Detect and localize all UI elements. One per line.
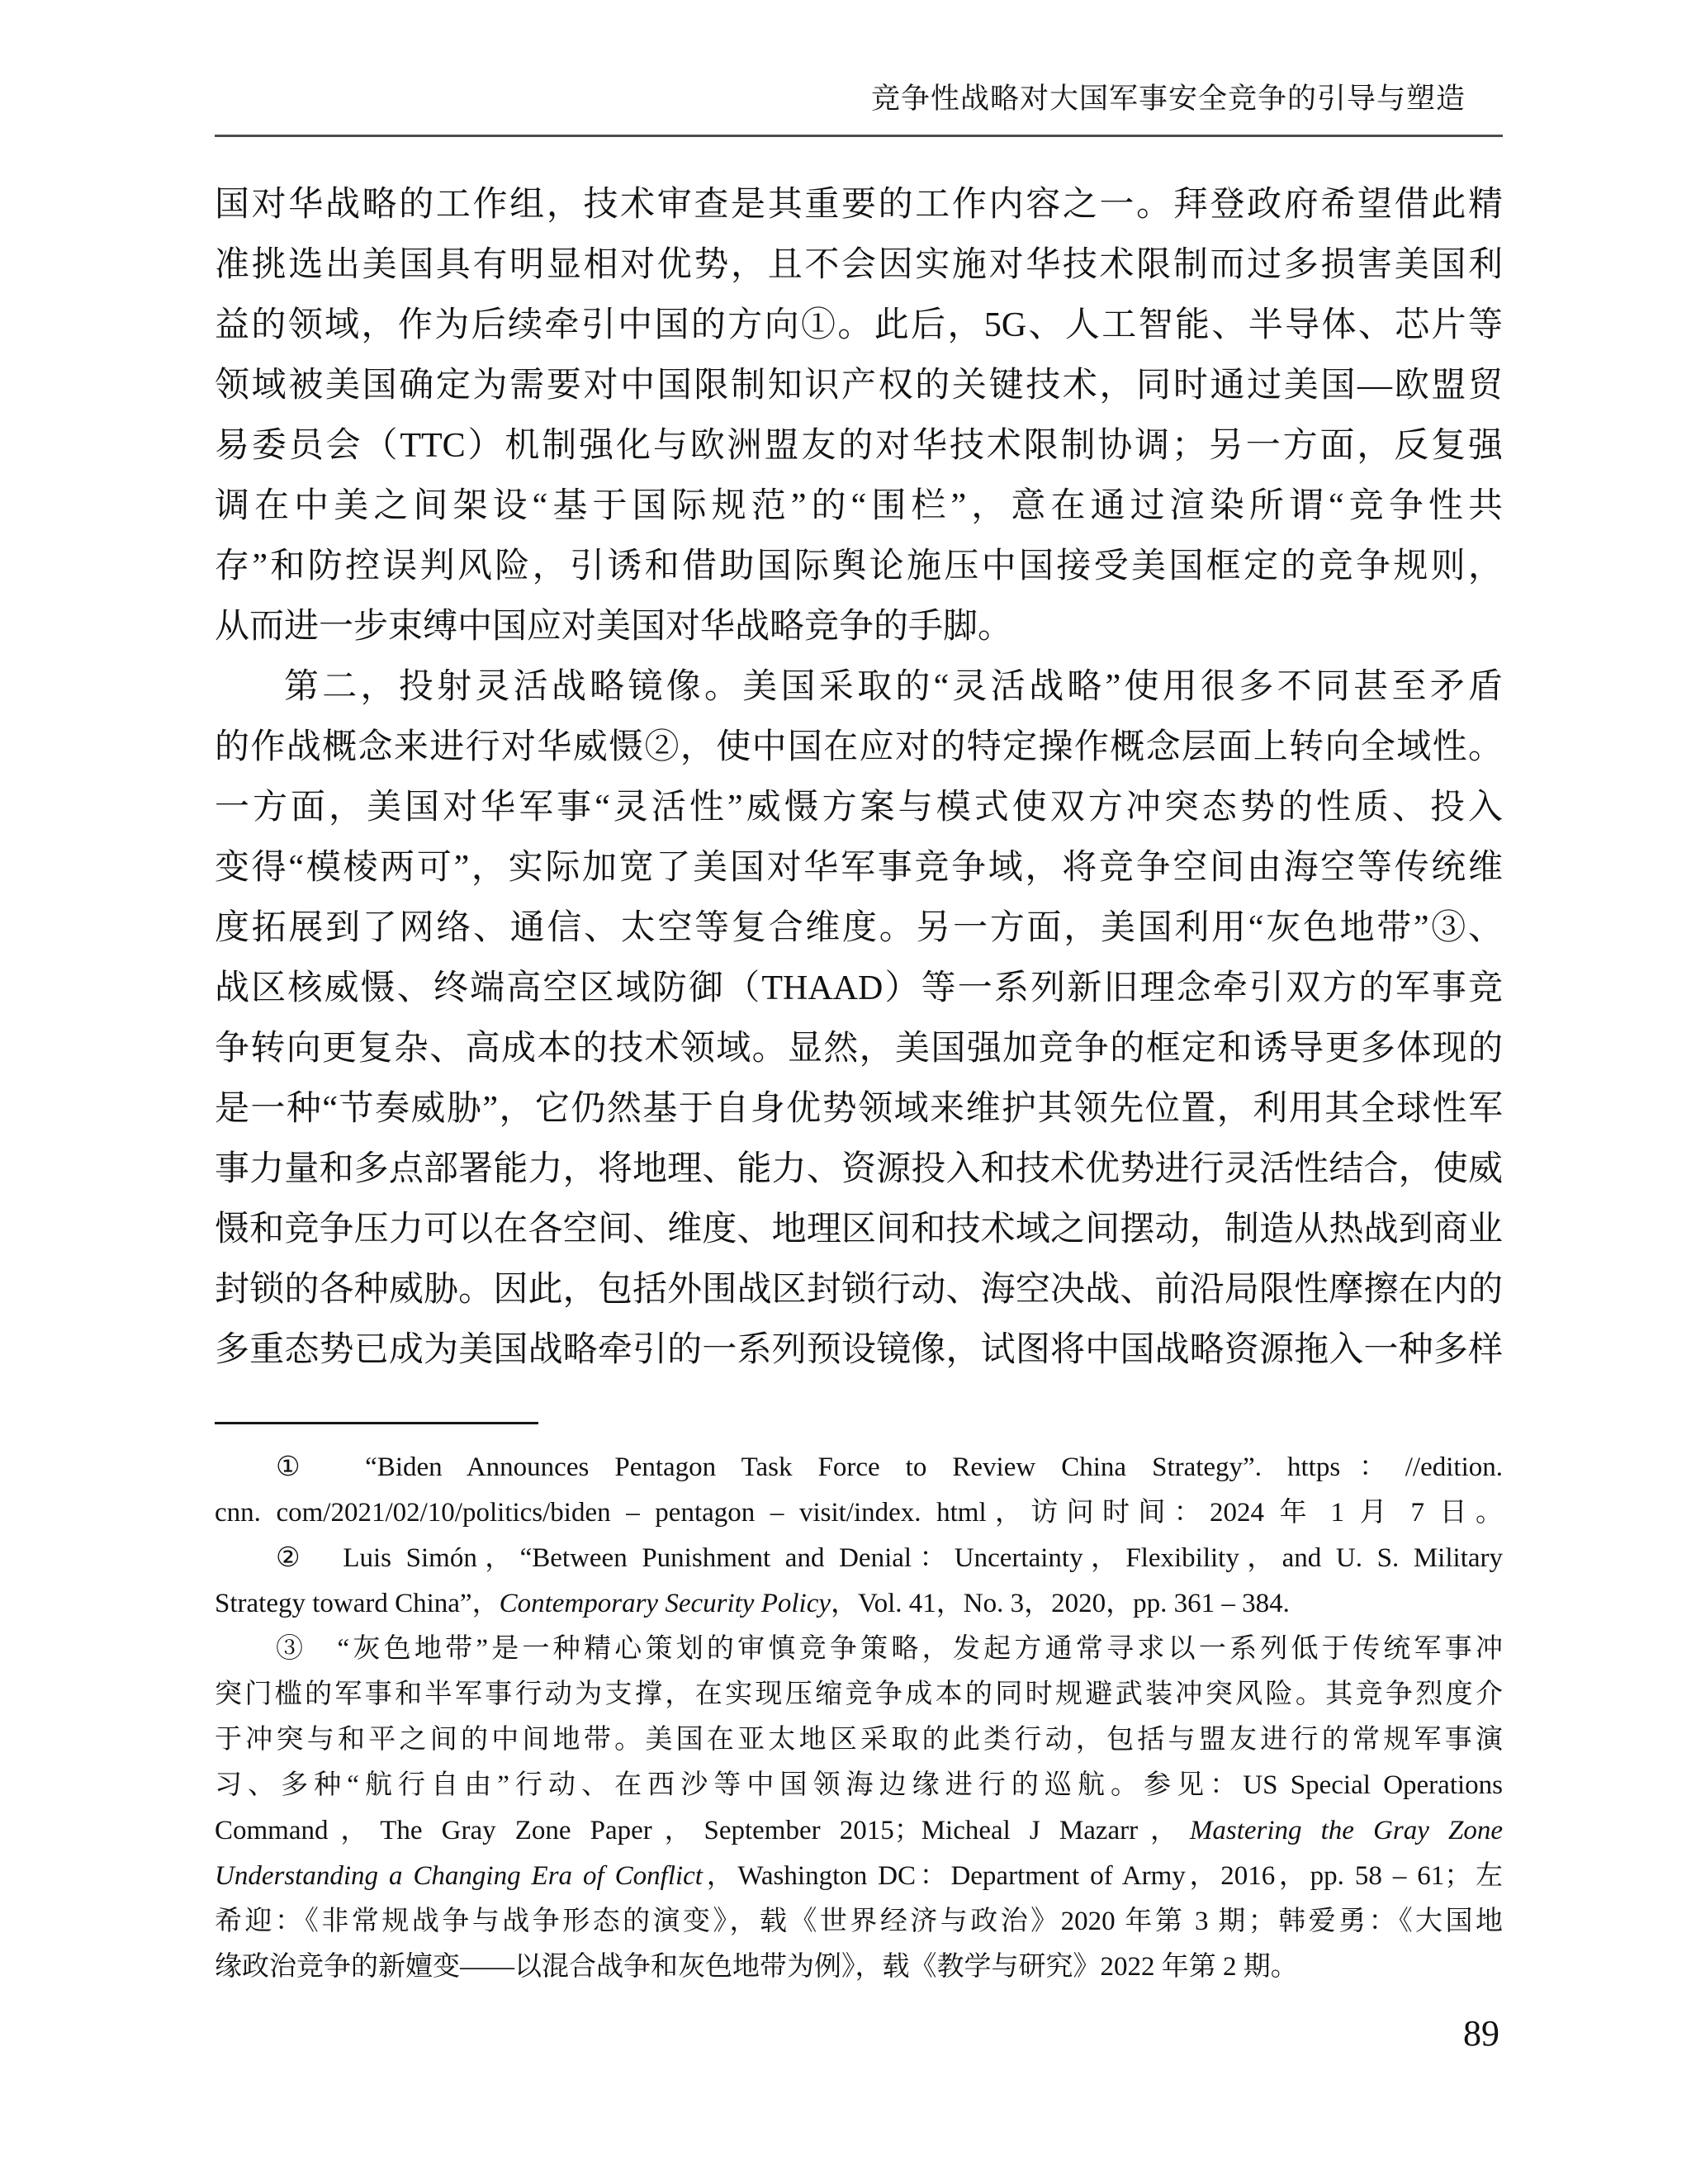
footnote-segment: 习、多种“航行自由”行动、在西沙等中国领海边缘进行的巡航。参见：US Speci…: [215, 1770, 1503, 1800]
footnote-separator: [215, 1422, 538, 1424]
footnote-segment: ② Luis Simón，“Between Punishment and Den…: [276, 1543, 1503, 1573]
body-line: 益的领域，作为后续牵引中国的方向①。此后，5G、人工智能、半导体、芯片等: [215, 296, 1503, 356]
body-line: 准挑选出美国具有明显相对优势，且不会因实施对华技术限制而过多损害美国利: [215, 235, 1503, 296]
body-line: 度拓展到了网络、通信、太空等复合维度。另一方面，美国利用“灰色地带”③、: [215, 898, 1503, 959]
body-line: 多重态势已成为美国战略牵引的一系列预设镜像，试图将中国战略资源拖入一种多样: [215, 1320, 1503, 1381]
footnote-segment: ① “Biden Announces Pentagon Task Force t…: [276, 1452, 1503, 1482]
body-line: 国对华战略的工作组，技术审查是其重要的工作内容之一。拜登政府希望借此精: [215, 175, 1503, 235]
footnote-segment: cnn. com/2021/02/10/politics/biden – pen…: [215, 1498, 1503, 1528]
footnote-segment: 希迎：《非常规战争与战争形态的演变》，载《世界经济与政治》2020 年第 3 期…: [215, 1907, 1503, 1936]
journal-page: 竞争性战略对大国军事安全竞争的引导与塑造 国对华战略的工作组，技术审查是其重要的…: [0, 0, 1696, 2184]
body-line: 调在中美之间架设“基于国际规范”的“围栏”，意在通过渲染所谓“竞争性共: [215, 476, 1503, 537]
footnote-segment: Command，The Gray Zone Paper，September 20…: [215, 1816, 1190, 1845]
footnote-line: Command，The Gray Zone Paper，September 20…: [215, 1808, 1503, 1854]
footnote-line: ① “Biden Announces Pentagon Task Force t…: [215, 1445, 1503, 1490]
footnote-line: 突门槛的军事和半军事行动为支撑，在实现压缩竞争成本的同时规避武装冲突风险。其竞争…: [215, 1672, 1503, 1717]
body-text: 国对华战略的工作组，技术审查是其重要的工作内容之一。拜登政府希望借此精 准挑选出…: [215, 175, 1503, 1381]
header-rule: [215, 135, 1503, 137]
running-title: 竞争性战略对大国军事安全竞争的引导与塑造: [215, 83, 1466, 116]
footnote-segment: ，Washington DC：Department of Army，2016，p…: [703, 1861, 1503, 1891]
body-line: 争转向更复杂、高成本的技术领域。显然，美国强加竞争的框定和诱导更多体现的: [215, 1019, 1503, 1079]
footnote-line: Strategy toward China”，Contemporary Secu…: [215, 1581, 1503, 1627]
footnote-segment: 于冲突与和平之间的中间地带。美国在亚太地区采取的此类行动，包括与盟友进行的常规军…: [215, 1725, 1503, 1755]
footnote-segment: ，Vol. 41，No. 3，2020，pp. 361 – 384.: [831, 1589, 1290, 1618]
body-line: 战区核威慑、终端高空区域防御（THAAD）等一系列新旧理念牵引双方的军事竞: [215, 959, 1503, 1019]
footnote-segment: ③ “灰色地带”是一种精心策划的审慎竞争策略，发起方通常寻求以一系列低于传统军事…: [276, 1634, 1503, 1664]
footnote-line: 习、多种“航行自由”行动、在西沙等中国领海边缘进行的巡航。参见：US Speci…: [215, 1763, 1503, 1808]
body-line: 第二，投射灵活战略镜像。美国采取的“灵活战略”使用很多不同甚至矛盾: [215, 657, 1503, 718]
body-line: 封锁的各种威胁。因此，包括外围战区封锁行动、海空决战、前沿局限性摩擦在内的: [215, 1260, 1503, 1320]
footnote-line: 希迎：《非常规战争与战争形态的演变》，载《世界经济与政治》2020 年第 3 期…: [215, 1899, 1503, 1945]
footnote-line: ② Luis Simón，“Between Punishment and Den…: [215, 1536, 1503, 1581]
footnote-line: 于冲突与和平之间的中间地带。美国在亚太地区采取的此类行动，包括与盟友进行的常规军…: [215, 1717, 1503, 1763]
journal-title-italic: Contemporary Security Policy: [500, 1589, 831, 1618]
footnote-line: Understanding a Changing Era of Conflict…: [215, 1854, 1503, 1899]
footnotes: ① “Biden Announces Pentagon Task Force t…: [215, 1445, 1503, 1990]
footnote-segment: 突门槛的军事和半军事行动为支撑，在实现压缩竞争成本的同时规避武装冲突风险。其竞争…: [215, 1679, 1503, 1709]
body-line: 领域被美国确定为需要对中国限制知识产权的关键技术，同时通过美国—欧盟贸: [215, 356, 1503, 416]
book-title-italic: Understanding a Changing Era of Conflict: [215, 1861, 703, 1891]
body-line: 易委员会（TTC）机制强化与欧洲盟友的对华技术限制协调；另一方面，反复强: [215, 416, 1503, 476]
body-line: 慑和竞争压力可以在各空间、维度、地理区间和技术域之间摆动，制造从热战到商业: [215, 1200, 1503, 1260]
body-line: 是一种“节奏威胁”，它仍然基于自身优势领域来维护其领先位置，利用其全球性军: [215, 1079, 1503, 1139]
body-line: 存”和防控误判风险，引诱和借助国际舆论施压中国接受美国框定的竞争规则，: [215, 537, 1503, 597]
body-line: 从而进一步束缚中国应对美国对华战略竞争的手脚。: [215, 597, 1503, 657]
body-line: 变得“模棱两可”，实际加宽了美国对华军事竞争域，将竞争空间由海空等传统维: [215, 838, 1503, 898]
footnote-segment: Strategy toward China”，: [215, 1589, 500, 1618]
page-number: 89: [1463, 2013, 1499, 2054]
footnote-line: cnn. com/2021/02/10/politics/biden – pen…: [215, 1490, 1503, 1536]
body-line: 的作战概念来进行对华威慑②，使中国在应对的特定操作概念层面上转向全域性。: [215, 718, 1503, 778]
body-line: 事力量和多点部署能力，将地理、能力、资源投入和技术优势进行灵活性结合，使威: [215, 1139, 1503, 1200]
book-title-italic: Mastering the Gray Zone: [1190, 1816, 1503, 1845]
footnote-line: 缘政治竞争的新嬗变——以混合战争和灰色地带为例》，载《教学与研究》2022 年第…: [215, 1945, 1503, 1990]
footnote-segment: 缘政治竞争的新嬗变——以混合战争和灰色地带为例》，载《教学与研究》2022 年第…: [215, 1952, 1298, 1982]
footnote-line: ③ “灰色地带”是一种精心策划的审慎竞争策略，发起方通常寻求以一系列低于传统军事…: [215, 1627, 1503, 1672]
body-line: 一方面，美国对华军事“灵活性”威慑方案与模式使双方冲突态势的性质、投入: [215, 778, 1503, 838]
